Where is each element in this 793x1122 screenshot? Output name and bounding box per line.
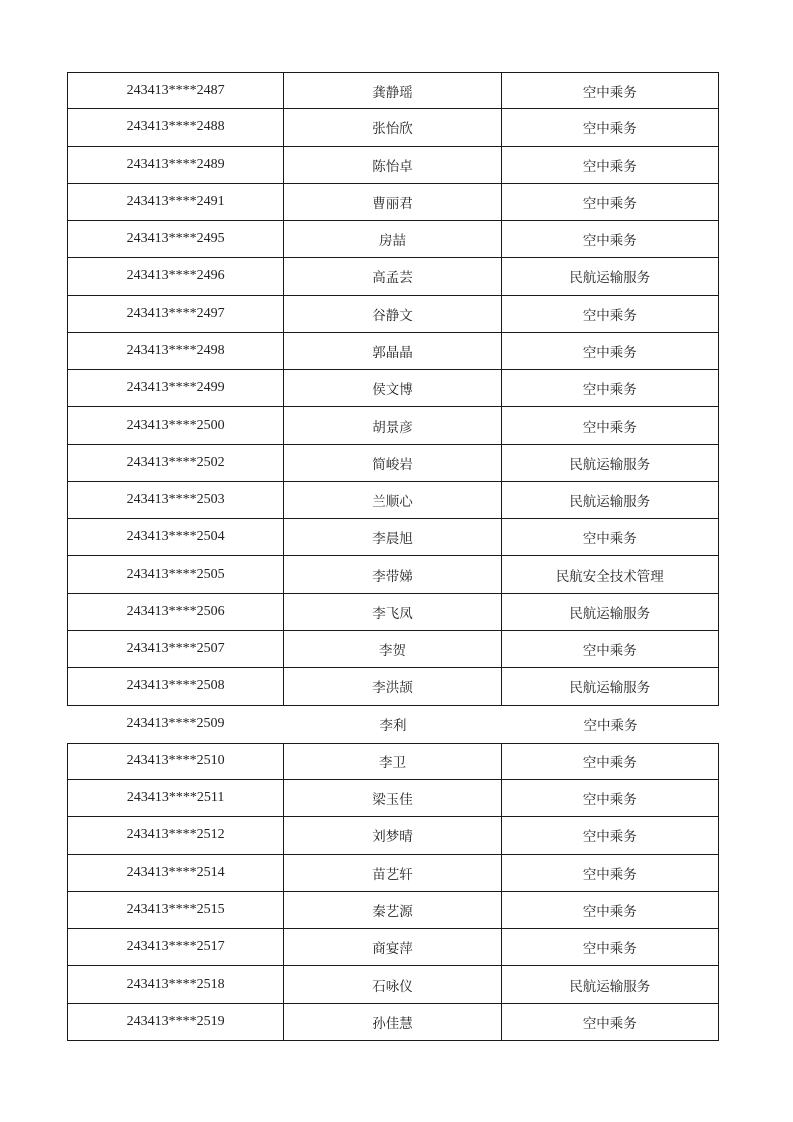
table-row: 243413****2491曹丽君空中乘务 — [67, 184, 719, 221]
name-cell: 陈怡卓 — [284, 147, 501, 183]
table-row: 243413****2489陈怡卓空中乘务 — [67, 147, 719, 184]
table-row: 243413****2504李晨旭空中乘务 — [67, 519, 719, 556]
name-cell: 兰顺心 — [284, 482, 501, 518]
major-cell: 空中乘务 — [502, 706, 719, 743]
major-cell: 空中乘务 — [502, 147, 718, 183]
major-cell: 民航运输服务 — [502, 445, 718, 481]
name-cell: 苗艺轩 — [284, 855, 501, 891]
id-cell: 243413****2505 — [68, 556, 284, 592]
major-cell: 空中乘务 — [502, 855, 718, 891]
major-cell: 空中乘务 — [502, 184, 718, 220]
id-cell: 243413****2515 — [68, 892, 284, 928]
table-row: 243413****2518石咏仪民航运输服务 — [67, 966, 719, 1003]
major-cell: 空中乘务 — [502, 407, 718, 443]
major-cell: 空中乘务 — [502, 221, 718, 257]
name-cell: 高孟芸 — [284, 258, 501, 294]
name-cell: 梁玉佳 — [284, 780, 501, 816]
name-cell: 李洪颉 — [284, 668, 501, 704]
name-cell: 谷静文 — [284, 296, 501, 332]
major-cell: 民航运输服务 — [502, 966, 718, 1002]
name-cell: 李贺 — [284, 631, 501, 667]
id-cell: 243413****2503 — [68, 482, 284, 518]
name-cell: 孙佳慧 — [284, 1004, 501, 1040]
major-cell: 空中乘务 — [502, 929, 718, 965]
major-cell: 空中乘务 — [502, 370, 718, 406]
id-cell: 243413****2502 — [68, 445, 284, 481]
id-cell: 243413****2518 — [68, 966, 284, 1002]
name-cell: 刘梦晴 — [284, 817, 501, 853]
name-cell: 房喆 — [284, 221, 501, 257]
id-cell: 243413****2512 — [68, 817, 284, 853]
name-cell: 曹丽君 — [284, 184, 501, 220]
id-cell: 243413****2507 — [68, 631, 284, 667]
id-cell: 243413****2511 — [68, 780, 284, 816]
table-row: 243413****2498郭晶晶空中乘务 — [67, 333, 719, 370]
id-cell: 243413****2519 — [68, 1004, 284, 1040]
table-row: 243413****2509李利空中乘务 — [67, 706, 719, 743]
major-cell: 空中乘务 — [502, 519, 718, 555]
id-cell: 243413****2510 — [68, 744, 284, 779]
table-row: 243413****2495房喆空中乘务 — [67, 221, 719, 258]
id-cell: 243413****2489 — [68, 147, 284, 183]
table-row: 243413****2503兰顺心民航运输服务 — [67, 482, 719, 519]
major-cell: 民航运输服务 — [502, 668, 718, 704]
major-cell: 民航运输服务 — [502, 258, 718, 294]
name-cell: 胡景彦 — [284, 407, 501, 443]
name-cell: 秦艺源 — [284, 892, 501, 928]
table-row: 243413****2512刘梦晴空中乘务 — [67, 817, 719, 854]
table-row: 243413****2502简峻岩民航运输服务 — [67, 445, 719, 482]
id-cell: 243413****2508 — [68, 668, 284, 704]
major-cell: 空中乘务 — [502, 73, 718, 108]
name-cell: 石咏仪 — [284, 966, 501, 1002]
id-cell: 243413****2504 — [68, 519, 284, 555]
name-cell: 郭晶晶 — [284, 333, 501, 369]
id-cell: 243413****2497 — [68, 296, 284, 332]
table-row: 243413****2508李洪颉民航运输服务 — [67, 668, 719, 705]
major-cell: 民航运输服务 — [502, 594, 718, 630]
id-cell: 243413****2517 — [68, 929, 284, 965]
name-cell: 商宴萍 — [284, 929, 501, 965]
major-cell: 民航安全技术管理 — [502, 556, 718, 592]
name-cell: 李带娣 — [284, 556, 501, 592]
name-cell: 龚静瑶 — [284, 73, 501, 108]
table-row: 243413****2514苗艺轩空中乘务 — [67, 855, 719, 892]
major-cell: 空中乘务 — [502, 109, 718, 145]
id-cell: 243413****2495 — [68, 221, 284, 257]
table-row: 243413****2519孙佳慧空中乘务 — [67, 1004, 719, 1041]
name-cell: 简峻岩 — [284, 445, 501, 481]
table-row: 243413****2517商宴萍空中乘务 — [67, 929, 719, 966]
major-cell: 空中乘务 — [502, 631, 718, 667]
major-cell: 空中乘务 — [502, 892, 718, 928]
table-row: 243413****2511梁玉佳空中乘务 — [67, 780, 719, 817]
id-cell: 243413****2487 — [68, 73, 284, 108]
name-cell: 李卫 — [284, 744, 501, 779]
table-row: 243413****2487龚静瑶空中乘务 — [67, 72, 719, 109]
id-cell: 243413****2514 — [68, 855, 284, 891]
table-row: 243413****2506李飞凤民航运输服务 — [67, 594, 719, 631]
major-cell: 空中乘务 — [502, 333, 718, 369]
table-row: 243413****2496高孟芸民航运输服务 — [67, 258, 719, 295]
student-table: 243413****2487龚静瑶空中乘务243413****2488张怡欣空中… — [67, 72, 719, 1041]
table-row: 243413****2488张怡欣空中乘务 — [67, 109, 719, 146]
id-cell: 243413****2496 — [68, 258, 284, 294]
table-row: 243413****2500胡景彦空中乘务 — [67, 407, 719, 444]
name-cell: 张怡欣 — [284, 109, 501, 145]
name-cell: 李晨旭 — [284, 519, 501, 555]
major-cell: 民航运输服务 — [502, 482, 718, 518]
major-cell: 空中乘务 — [502, 744, 718, 779]
id-cell: 243413****2506 — [68, 594, 284, 630]
table-row: 243413****2505李带娣民航安全技术管理 — [67, 556, 719, 593]
table-row: 243413****2507李贺空中乘务 — [67, 631, 719, 668]
major-cell: 空中乘务 — [502, 817, 718, 853]
table-row: 243413****2515秦艺源空中乘务 — [67, 892, 719, 929]
major-cell: 空中乘务 — [502, 780, 718, 816]
name-cell: 李利 — [284, 706, 502, 743]
table-row: 243413****2497谷静文空中乘务 — [67, 296, 719, 333]
table-row: 243413****2499侯文博空中乘务 — [67, 370, 719, 407]
id-cell: 243413****2498 — [68, 333, 284, 369]
id-cell: 243413****2509 — [67, 706, 284, 743]
id-cell: 243413****2488 — [68, 109, 284, 145]
id-cell: 243413****2500 — [68, 407, 284, 443]
id-cell: 243413****2499 — [68, 370, 284, 406]
name-cell: 侯文博 — [284, 370, 501, 406]
id-cell: 243413****2491 — [68, 184, 284, 220]
major-cell: 空中乘务 — [502, 296, 718, 332]
document-page: 243413****2487龚静瑶空中乘务243413****2488张怡欣空中… — [0, 0, 793, 1122]
name-cell: 李飞凤 — [284, 594, 501, 630]
table-row: 243413****2510李卫空中乘务 — [67, 743, 719, 780]
major-cell: 空中乘务 — [502, 1004, 718, 1040]
